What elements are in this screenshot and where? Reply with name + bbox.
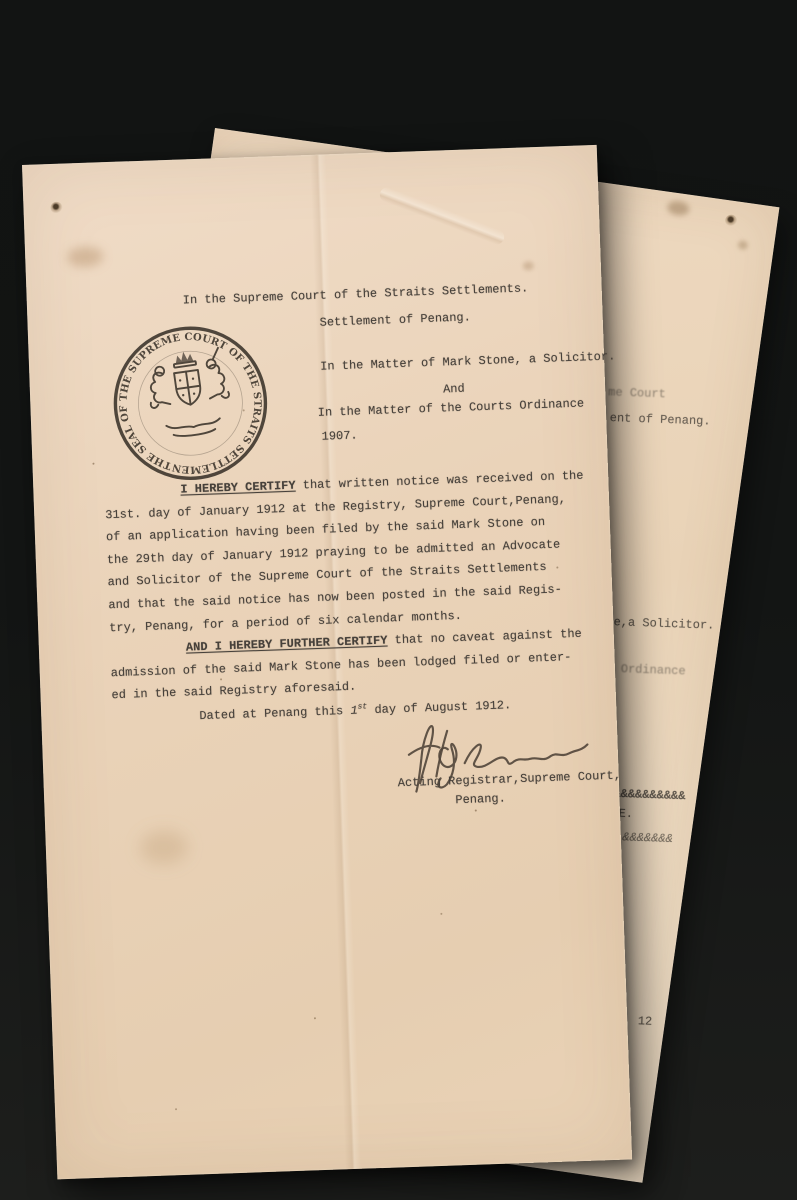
back-sheet-text-fragment: me Court	[608, 385, 666, 401]
document-sheet-front: THE SEAL OF THE SUPREME COURT OF THE STR…	[22, 145, 632, 1179]
stain-mark	[67, 246, 104, 267]
registrar-place-line: Penang.	[455, 792, 506, 808]
fold-crease	[378, 185, 507, 246]
dated-ordinal: st	[357, 702, 367, 711]
back-sheet-text-fragment: &&&&&&&	[622, 830, 673, 846]
stain-mark	[666, 200, 690, 217]
stain-mark	[737, 240, 748, 250]
back-sheet-text-fragment: ent of Penang.	[610, 411, 711, 429]
dated-pre: Dated at Penang this	[199, 704, 351, 723]
back-sheet-text-fragment: &&&&&&&&&&	[613, 787, 685, 804]
matter-line-ordinance: In the Matter of the Courts Ordinance	[318, 397, 585, 420]
court-seal-stamp: THE SEAL OF THE SUPREME COURT OF THE STR…	[83, 296, 298, 511]
stain-mark	[523, 261, 534, 270]
matter-line-solicitor: In the Matter of Mark Stone, a Solicitor…	[320, 349, 616, 373]
punch-hole-mark	[50, 202, 62, 214]
back-sheet-text-fragment: ne,a Solicitor.	[606, 615, 714, 633]
heading-settlement-line: Settlement of Penang.	[319, 310, 471, 329]
paper-speckles	[215, 128, 217, 130]
back-sheet-text-fragment: E.	[618, 807, 633, 821]
certificate-body: I HEREBY CERTIFY that written notice was…	[104, 469, 592, 712]
paper-speckles	[22, 165, 24, 167]
stain-mark	[139, 830, 188, 866]
matter-year-label: 1907.	[321, 428, 357, 443]
back-sheet-text-fragment: Ordinance	[621, 662, 686, 678]
punch-hole-mark	[724, 214, 738, 228]
heading-court-line: In the Supreme Court of the Straits Sett…	[183, 281, 529, 307]
page-number: 12	[638, 1014, 653, 1028]
photo-backdrop: me Court ent of Penang. ne,a Solicitor. …	[0, 0, 797, 1200]
dated-post: day of August 1912.	[367, 698, 511, 717]
matter-and-label: And	[443, 382, 465, 397]
